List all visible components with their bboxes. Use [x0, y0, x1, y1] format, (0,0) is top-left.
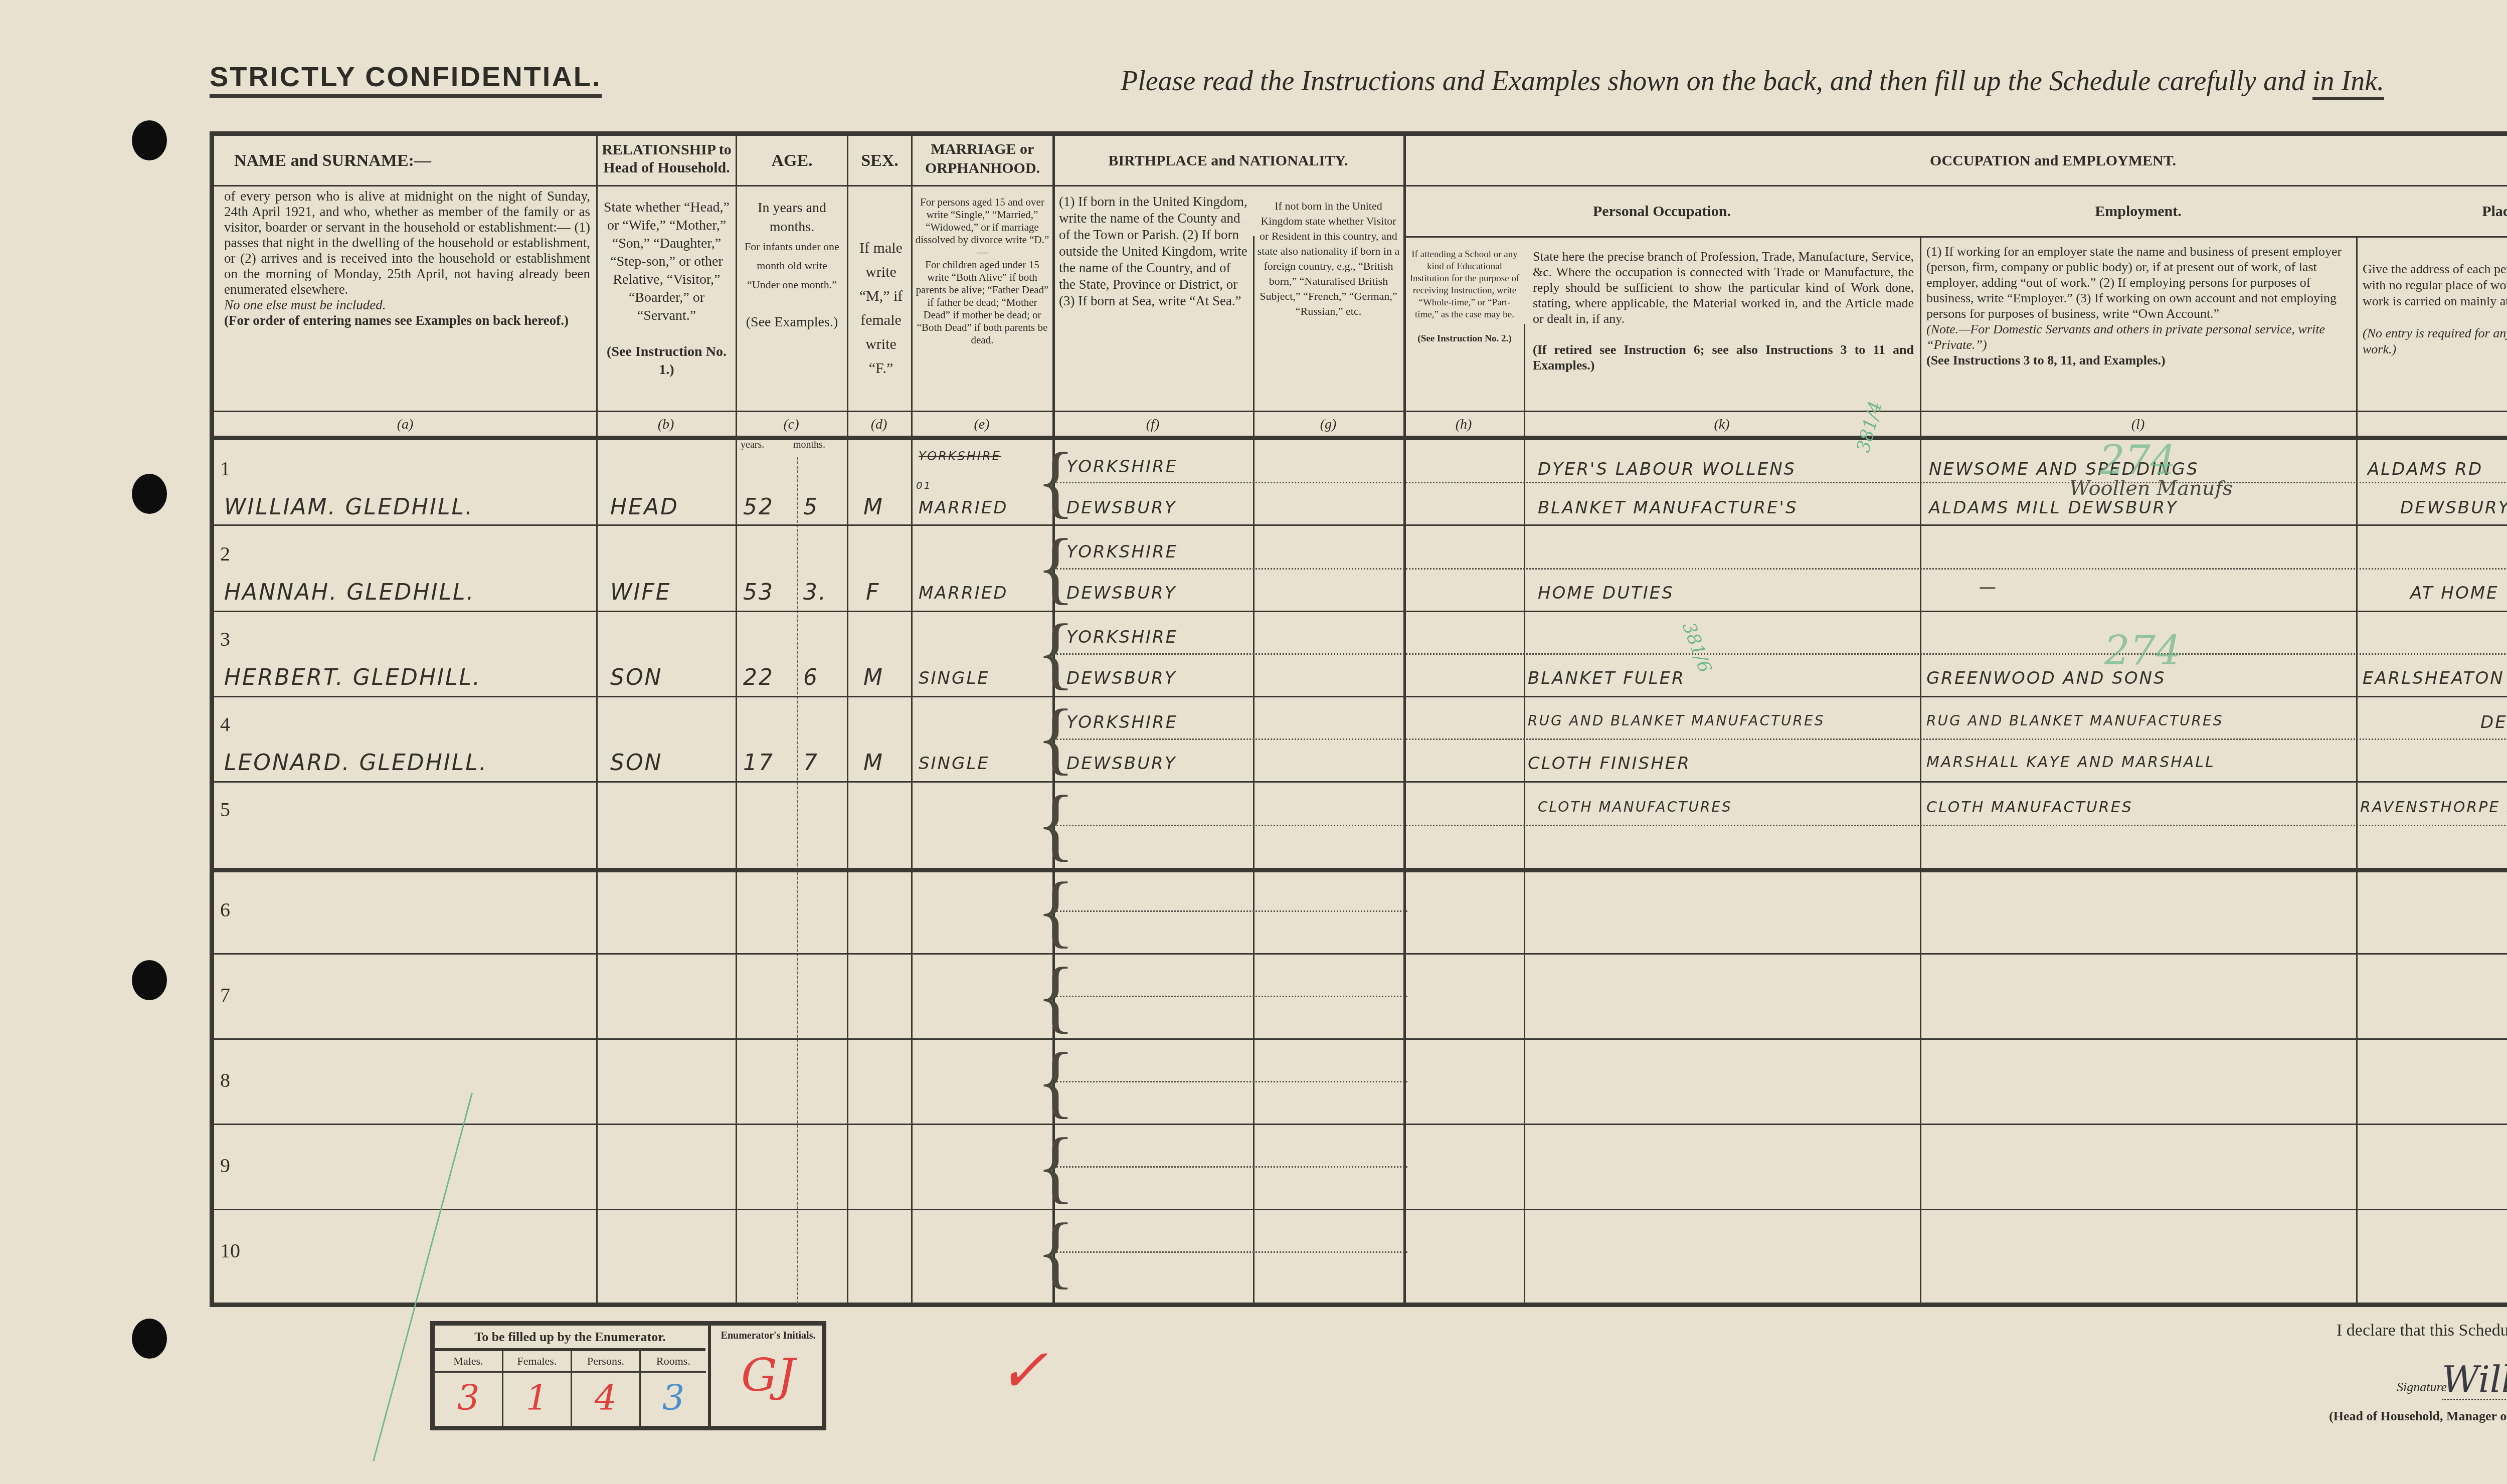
- sex[interactable]: M: [863, 494, 884, 520]
- col-m-text: Give the address of each person's place …: [2363, 262, 2507, 308]
- row-rule: [214, 1038, 2507, 1040]
- rooms-value[interactable]: 3: [641, 1373, 706, 1423]
- row-rule: [214, 611, 2507, 612]
- age-months-label: months.: [793, 439, 825, 451]
- col-c-instruction: In years and months. For infants under o…: [741, 199, 843, 332]
- age-months[interactable]: 5: [803, 494, 819, 520]
- col-divider: [1524, 324, 1525, 1304]
- workplace-line2[interactable]: DEWSBURY: [2400, 498, 2507, 518]
- col-divider: [847, 136, 848, 1304]
- age-months[interactable]: 7: [803, 750, 819, 776]
- person-name[interactable]: WILLIAM. GLEDHILL.: [224, 494, 474, 520]
- sex[interactable]: F: [866, 580, 880, 605]
- relationship[interactable]: SON: [610, 665, 662, 690]
- brace-icon: {: [1036, 1041, 1075, 1121]
- row-number: 6: [220, 898, 230, 921]
- col-letter-g: (g): [1253, 417, 1403, 437]
- birth-county[interactable]: YORKSHIRE: [1066, 457, 1178, 477]
- col-letter-l: (l): [1920, 417, 2356, 437]
- signature[interactable]: William Gledhill: [2442, 1359, 2507, 1401]
- signature-line: [2442, 1399, 2507, 1400]
- col-e-text: For persons aged 15 and over write “Sing…: [916, 196, 1049, 246]
- occupation-line1[interactable]: RUG AND BLANKET MANUFACTURES: [1528, 712, 1825, 729]
- row-number: 8: [220, 1068, 230, 1092]
- col-a-note2: (For order of entering names see Example…: [224, 313, 569, 328]
- col-a-note: No one else must be included.: [224, 297, 386, 312]
- females-cell: Females. 1: [503, 1351, 572, 1426]
- marriage-status[interactable]: SINGLE: [919, 754, 990, 774]
- marriage-status[interactable]: SINGLE: [919, 668, 990, 688]
- personal-occupation-title: Personal Occupation.: [1405, 204, 1919, 219]
- mid-rule: [1056, 738, 2507, 740]
- occupation-line2[interactable]: CLOTH FINISHER: [1528, 754, 1691, 774]
- col-f-instruction: (1) If born in the United Kingdom, write…: [1059, 194, 1249, 309]
- birth-town[interactable]: DEWSBURY: [1066, 583, 1176, 603]
- col-l-note: (Note.—For Domestic Servants and others …: [1926, 322, 2325, 352]
- enumerator-initials-cell: Enumerator's Initials. GJ: [708, 1326, 825, 1426]
- col-m-note: (No entry is required for any person who…: [2363, 326, 2507, 356]
- occupation-code: 381/6: [1678, 620, 1715, 676]
- col-c-text: In years and months.: [758, 200, 826, 235]
- occupation-line2[interactable]: BLANKET MANUFACTURE'S: [1538, 498, 1798, 518]
- occupation-line1[interactable]: DYER'S LABOUR WOLLENS: [1538, 459, 1796, 479]
- header-rule: [1403, 185, 2507, 187]
- relationship[interactable]: SON: [610, 750, 662, 776]
- col-a-instruction: of every person who is alive at midnight…: [224, 189, 590, 328]
- row-number: 5: [220, 798, 230, 821]
- occupation-line2[interactable]: HOME DUTIES: [1538, 583, 1674, 603]
- birth-county[interactable]: YORKSHIRE: [1066, 627, 1178, 647]
- age-months[interactable]: 6: [803, 665, 819, 690]
- males-value[interactable]: 3: [435, 1373, 502, 1423]
- col-divider: [1253, 236, 1255, 1304]
- mid-rule: [1056, 910, 1407, 912]
- row-number: 7: [220, 983, 230, 1007]
- females-value[interactable]: 1: [503, 1373, 571, 1423]
- brace-icon: {: [1036, 1126, 1075, 1206]
- brace-icon: {: [1036, 870, 1075, 951]
- col-letter-m: (m): [2356, 417, 2507, 437]
- col-l-note2: (See Instructions 3 to 8, 11, and Exampl…: [1926, 353, 2166, 367]
- brace-icon: {: [1036, 1211, 1075, 1291]
- row-number: 1: [220, 457, 230, 480]
- workplace-line1[interactable]: RAVENSTHORPE DEWSBURY: [2360, 799, 2507, 816]
- col-divider: [596, 136, 598, 1304]
- employer-line1[interactable]: CLOTH MANUFACTURES: [1926, 799, 2133, 816]
- employer-line2[interactable]: —: [1979, 577, 1998, 597]
- col-l-instruction: (1) If working for an employer state the…: [1926, 244, 2350, 368]
- row-rule: [214, 524, 2507, 526]
- employer-code: 274: [2104, 627, 2181, 674]
- person-name[interactable]: LEONARD. GLEDHILL.: [224, 750, 488, 776]
- rooms-label: Rooms.: [641, 1351, 706, 1373]
- occupation-line1[interactable]: CLOTH MANUFACTURES: [1538, 799, 1732, 815]
- col-b-instruction: State whether “Head,” or “Wife,” “Mother…: [600, 199, 733, 379]
- relationship[interactable]: WIFE: [610, 580, 671, 605]
- employer-line2[interactable]: MARSHALL KAYE AND MARSHALL: [1926, 754, 2215, 771]
- row-rule: [214, 1124, 2507, 1125]
- col-letter-e: (e): [911, 417, 1052, 437]
- col-letter-a: (a): [214, 417, 596, 437]
- instruction-text: Please read the Instructions and Example…: [1121, 66, 2312, 97]
- row-rule: [214, 953, 2507, 955]
- occupation-group-title: OCCUPATION and EMPLOYMENT.: [1405, 151, 2507, 171]
- mid-rule: [1056, 482, 2507, 483]
- workplace-line2[interactable]: AT HOME: [2410, 583, 2499, 603]
- col-c-note2: (See Examples.): [746, 314, 838, 330]
- employer-line1[interactable]: RUG AND BLANKET MANUFACTURES: [1926, 712, 2224, 729]
- relationship[interactable]: HEAD: [610, 494, 679, 520]
- col-h-text: If attending a School or any kind of Edu…: [1410, 249, 1519, 320]
- row-number: 10: [220, 1239, 240, 1262]
- row-rule: [214, 781, 2507, 783]
- row-number: 3: [220, 627, 230, 651]
- block-rule: [214, 868, 2507, 872]
- confidential-title: STRICTLY CONFIDENTIAL.: [210, 60, 602, 98]
- declaration-text: I declare that this Schedule is correctl…: [2337, 1321, 2507, 1340]
- age-years[interactable]: 22: [743, 665, 774, 690]
- birth-county[interactable]: YORKSHIRE: [1066, 542, 1178, 562]
- birthplace-group-title: BIRTHPLACE and NATIONALITY.: [1054, 151, 1402, 171]
- marriage-status[interactable]: MARRIED: [919, 583, 1008, 603]
- letter-row-rule: [214, 411, 2507, 412]
- col-k-text: State here the precise branch of Profess…: [1533, 249, 1914, 326]
- birth-town[interactable]: DEWSBURY: [1066, 498, 1176, 518]
- row-number: 4: [220, 712, 230, 736]
- person-name[interactable]: HANNAH. GLEDHILL.: [224, 580, 475, 605]
- employer-line2[interactable]: ALDAMS MILL DEWSBURY: [1929, 498, 2178, 518]
- birth-town[interactable]: DEWSBURY: [1066, 668, 1176, 688]
- top-instruction: Please read the Instructions and Example…: [1121, 65, 2384, 97]
- col-m-title: Place of Work.: [2358, 204, 2507, 219]
- row-rule: [214, 1209, 2507, 1210]
- col-divider: [2356, 236, 2358, 1304]
- col-divider: [736, 136, 737, 1304]
- rooms-cell: Rooms. 3: [641, 1351, 706, 1426]
- enumerator-box: To be filled up by the Enumerator. Males…: [430, 1321, 826, 1430]
- mid-rule: [1056, 825, 2507, 826]
- col-e-title: MARRIAGE or ORPHANHOOD.: [914, 140, 1051, 178]
- col-b-note: (See Instruction No. 1.): [607, 344, 727, 378]
- col-h-instruction: If attending a School or any kind of Edu…: [1407, 249, 1522, 345]
- col-k-instruction: State here the precise branch of Profess…: [1533, 249, 1914, 373]
- col-c-note: For infants under one month old write “U…: [745, 240, 839, 291]
- sex[interactable]: M: [863, 665, 884, 690]
- birth-town[interactable]: DEWSBURY: [1066, 754, 1176, 774]
- header-rule: [1403, 236, 2507, 238]
- punch-hole: [132, 120, 167, 160]
- signature-label: Signature: [2397, 1380, 2447, 1395]
- brace-icon: {: [1036, 956, 1075, 1036]
- initials-value[interactable]: GJ: [711, 1346, 825, 1406]
- punch-hole: [132, 474, 167, 514]
- mid-rule: [1056, 1081, 1407, 1082]
- col-letter-f: (f): [1052, 417, 1253, 437]
- persons-label: Persons.: [572, 1351, 639, 1373]
- marriage-struck: YORKSHIRE: [919, 449, 1001, 463]
- col-g-instruction: If not born in the United Kingdom state …: [1257, 199, 1400, 319]
- mid-rule: [1056, 1251, 1407, 1253]
- census-table: NAME and SURNAME:— RELATIONSHIP to Head …: [210, 131, 2507, 1307]
- col-b-text: State whether “Head,” or “Wife,” “Mother…: [604, 200, 730, 323]
- marriage-note: 01: [916, 479, 932, 491]
- col-b-title: RELATIONSHIP to Head of Household.: [598, 141, 736, 177]
- col-letter-h: (h): [1403, 417, 1524, 437]
- sex[interactable]: M: [863, 750, 884, 776]
- age-months[interactable]: 3.: [803, 580, 827, 605]
- marriage-status[interactable]: MARRIED: [919, 498, 1008, 518]
- col-d-title: SEX.: [848, 151, 911, 171]
- col-a-title: NAME and SURNAME:—: [219, 151, 605, 171]
- brace-icon: {: [1036, 784, 1075, 864]
- header-rule: [1052, 185, 1403, 187]
- col-h-note: (See Instruction No. 2.): [1417, 333, 1511, 344]
- age-years-label: years.: [741, 439, 764, 451]
- mid-rule: [1056, 1166, 1407, 1168]
- age-years[interactable]: 53: [743, 580, 774, 605]
- col-e-note: For children aged under 15 write “Both A…: [916, 259, 1049, 346]
- instruction-emphasis: in Ink.: [2312, 66, 2384, 100]
- punch-hole: [132, 1319, 167, 1359]
- mid-rule: [1056, 568, 2507, 570]
- initials-label: Enumerator's Initials.: [711, 1326, 825, 1346]
- col-letter-c: (c): [736, 417, 847, 437]
- col-d-instruction: If male write “M,” if female write “F.”: [853, 236, 909, 381]
- col-divider: [1403, 136, 1406, 1304]
- col-divider: [911, 136, 913, 1304]
- punch-hole: [132, 960, 167, 1000]
- employer-code: 274: [2099, 437, 2176, 483]
- age-years[interactable]: 52: [743, 494, 774, 520]
- header-rule: [214, 185, 1052, 187]
- females-label: Females.: [503, 1351, 571, 1373]
- males-label: Males.: [435, 1351, 502, 1373]
- age-divider: [797, 457, 798, 1304]
- person-name[interactable]: HERBERT. GLEDHILL.: [224, 665, 481, 690]
- col-letter-d: (d): [847, 417, 911, 437]
- col-k-note: (If retired see Instruction 6; see also …: [1533, 342, 1914, 373]
- col-l-title: Employment.: [1921, 204, 2355, 219]
- col-c-title: AGE.: [738, 151, 846, 171]
- signature-note: (Head of Household, Manager of Establish…: [2329, 1409, 2507, 1424]
- mid-rule: [1056, 653, 2507, 655]
- check-mark: ✓: [998, 1336, 1048, 1406]
- enumerator-box-title: To be filled up by the Enumerator.: [435, 1326, 705, 1351]
- age-years[interactable]: 17: [743, 750, 774, 776]
- row-rule: [214, 696, 2507, 697]
- birth-county[interactable]: YORKSHIRE: [1066, 712, 1178, 732]
- workplace-line2[interactable]: EARLSHEATON: [2363, 668, 2504, 688]
- persons-cell: Persons. 4: [572, 1351, 641, 1426]
- col-e-instruction: For persons aged 15 and over write “Sing…: [915, 196, 1049, 346]
- col-m-instruction: Give the address of each person's place …: [2363, 261, 2507, 357]
- occupation-line2[interactable]: BLANKET FULER: [1528, 668, 1685, 688]
- persons-value[interactable]: 4: [572, 1373, 639, 1423]
- col-letter-b: (b): [596, 417, 736, 437]
- col-a-text: of every person who is alive at midnight…: [224, 189, 590, 297]
- mid-rule: [1056, 996, 1407, 997]
- workplace-line1[interactable]: DEWSBURY: [2480, 712, 2507, 732]
- row-number: 9: [220, 1154, 230, 1177]
- workplace-line1[interactable]: ALDAMS RD: [2368, 459, 2483, 479]
- col-l-text: (1) If working for an employer state the…: [1926, 244, 2342, 321]
- col-divider: [1920, 236, 1921, 1304]
- males-cell: Males. 3: [435, 1351, 503, 1426]
- row-number: 2: [220, 542, 230, 566]
